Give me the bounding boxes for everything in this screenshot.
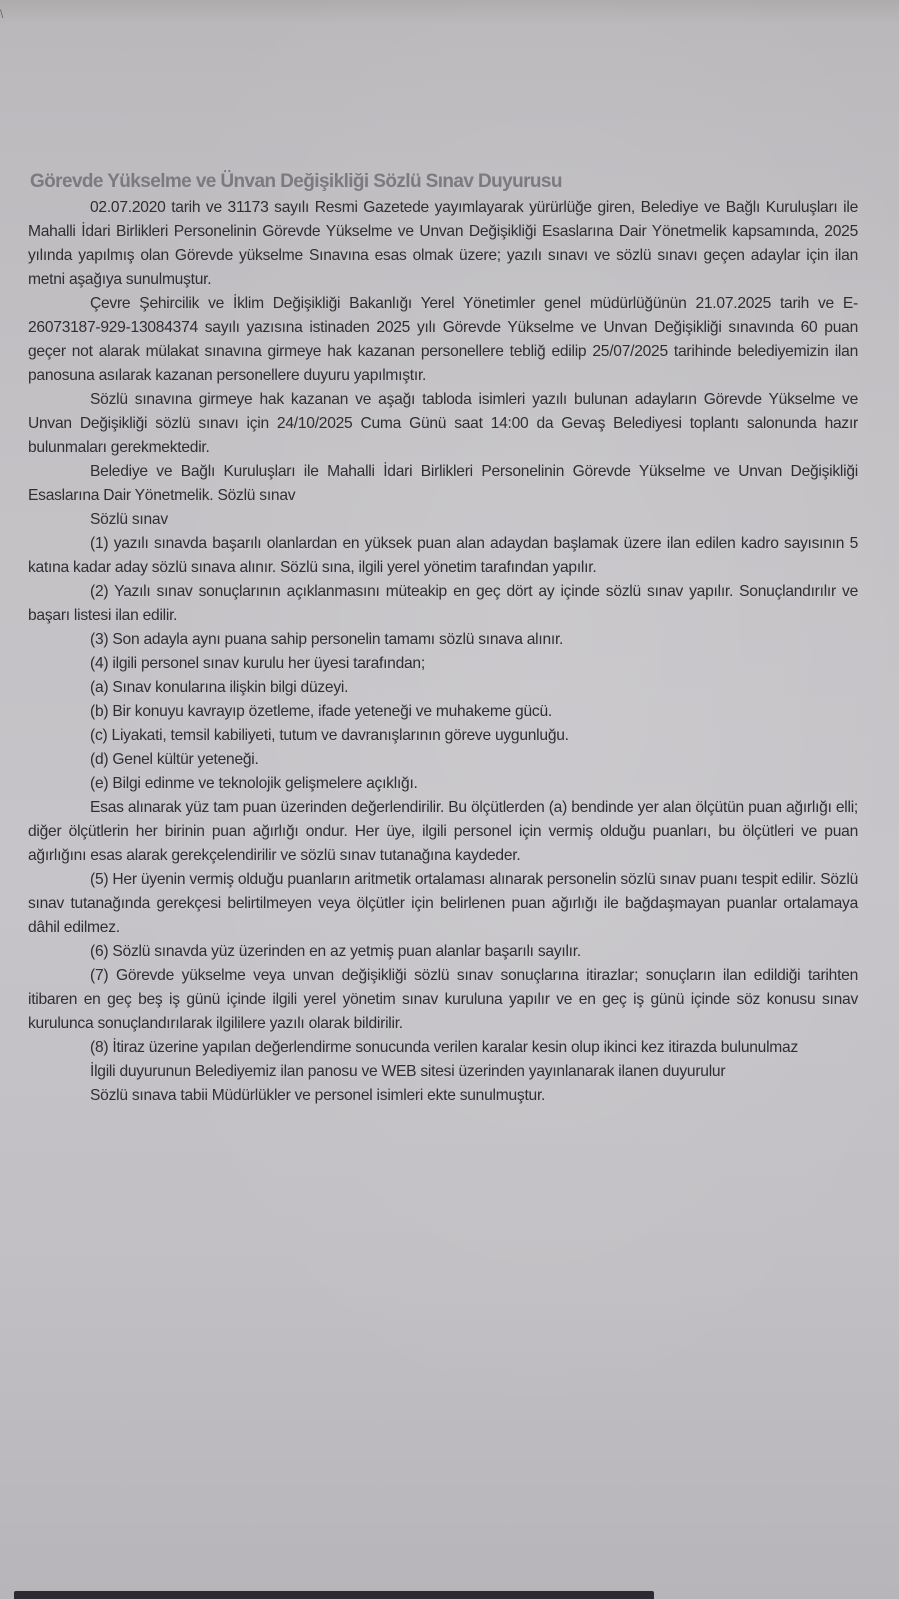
paragraph-regulation: Belediye ve Bağlı Kuruluşları ile Mahall…	[28, 460, 858, 508]
paragraph-attachment-note: Sözlü sınava tabii Müdürlükler ve person…	[28, 1084, 858, 1108]
paragraph-exam-call: Sözlü sınavına girmeye hak kazanan ve aş…	[28, 388, 858, 460]
criterion-d: (d) Genel kültür yeteneği.	[28, 748, 858, 772]
section-heading: Sözlü sınav	[28, 508, 858, 532]
rule-5: (5) Her üyenin vermiş olduğu puanların a…	[28, 868, 858, 940]
paragraph-ministry: Çevre Şehircilik ve İklim Değişikliği Ba…	[28, 292, 858, 388]
paragraph-scoring: Esas alınarak yüz tam puan üzerinden değ…	[28, 796, 858, 868]
rule-7: (7) Görevde yükselme veya unvan değişikl…	[28, 964, 858, 1036]
rule-1: (1) yazılı sınavda başarılı olanlardan e…	[28, 532, 858, 580]
criterion-e: (e) Bilgi edinme ve teknolojik gelişmele…	[28, 772, 858, 796]
paper-top-edge	[0, 0, 899, 24]
criterion-a: (a) Sınav konularına ilişkin bilgi düzey…	[28, 676, 858, 700]
corner-mark: \	[0, 8, 8, 20]
rule-6: (6) Sözlü sınavda yüz üzerinden en az ye…	[28, 940, 858, 964]
criterion-b: (b) Bir konuyu kavrayıp özetleme, ifade …	[28, 700, 858, 724]
announcement-document: Görevde Yükselme ve Ünvan Değişikliği Sö…	[28, 170, 858, 1108]
document-body: 02.07.2020 tarih ve 31173 sayılı Resmi G…	[28, 196, 858, 1108]
paragraph-intro: 02.07.2020 tarih ve 31173 sayılı Resmi G…	[28, 196, 858, 292]
criterion-c: (c) Liyakati, temsil kabiliyeti, tutum v…	[28, 724, 858, 748]
rule-2: (2) Yazılı sınav sonuçlarının açıklanmas…	[28, 580, 858, 628]
rule-4: (4) ilgili personel sınav kurulu her üye…	[28, 652, 858, 676]
desk-edge	[14, 1591, 654, 1599]
document-title: Görevde Yükselme ve Ünvan Değişikliği Sö…	[30, 170, 858, 194]
rule-8: (8) İtiraz üzerine yapılan değerlendirme…	[28, 1036, 858, 1060]
rule-3: (3) Son adayla aynı puana sahip personel…	[28, 628, 858, 652]
paragraph-publication: İlgili duyurunun Belediyemiz ilan panosu…	[28, 1060, 858, 1084]
